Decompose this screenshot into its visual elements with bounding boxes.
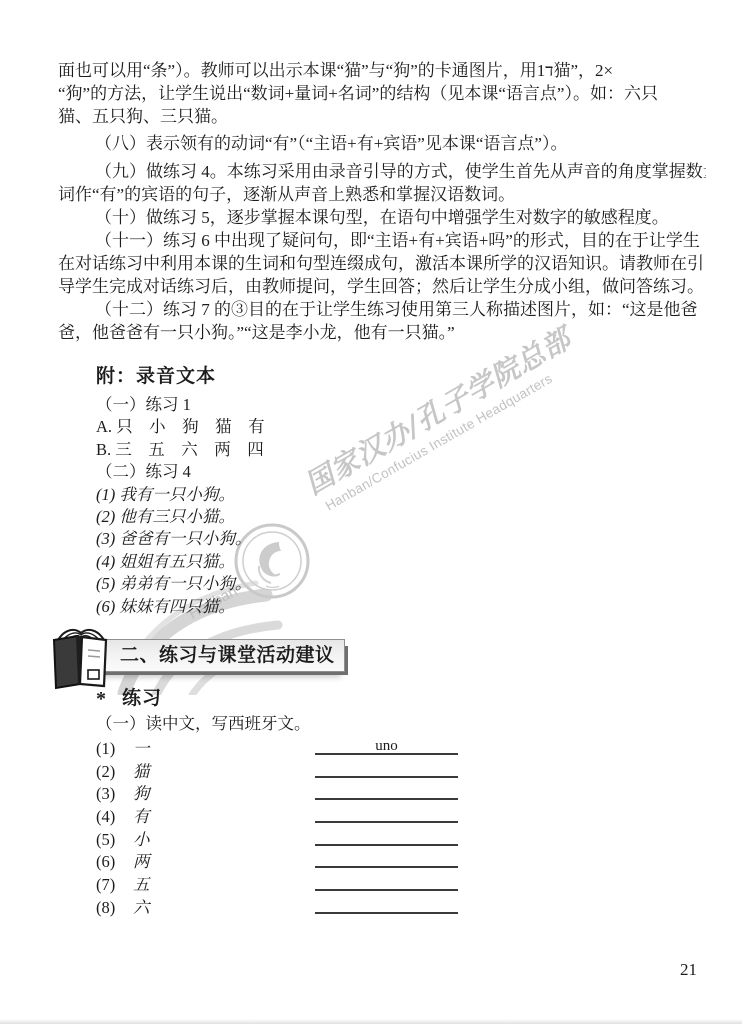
audio-transcript-line: (3) 爸爸有一只小狗。 (96, 528, 556, 550)
answer-blank-line (315, 852, 458, 868)
body-text-line: 面也可以用“条”）。教师可以出示本课“猫”与“狗”的卡通图片，用1ד猫”，2× (58, 59, 706, 82)
body-text-line: （八）表示领有的动词“有”（“主语+有+宾语”见本课“语言点”）。 (58, 132, 706, 155)
body-text-line: 在对话练习中利用本课的生词和句型连缀成句，激活本课所学的汉语知识。请教师在引 (58, 252, 706, 275)
audio-transcript-line: A. 只 小 狗 猫 有 (96, 416, 556, 438)
audio-transcript-line: (2) 他有三只小猫。 (96, 506, 556, 528)
answer-blank-line: uno (315, 739, 458, 755)
exercise-row: (2)猫 (96, 762, 576, 785)
body-text-line: 导学生完成对话练习后，由教师提问，学生回答；然后让学生分成小组，做问答练习。 (58, 275, 706, 298)
exercise-item-number: (2) (96, 762, 133, 782)
exercise-item-number: (3) (96, 784, 133, 804)
answer-blank-line (315, 762, 458, 778)
exercise-row: (7)五 (96, 875, 576, 898)
exercise-item-hanzi: 一 (133, 739, 150, 758)
audio-transcript-line: (1) 我有一只小狗。 (96, 484, 556, 506)
body-text-line: （九）做练习 4。本练习采用由录音引导的方式，使学生首先从声音的角度掌握数量 (58, 160, 706, 183)
asterisk-marker: * (96, 687, 122, 711)
body-text-line: （十一）练习 6 中出现了疑问句，即“主语+有+宾语+吗”的形式，目的在于让学生 (58, 229, 706, 252)
exercise-item-number: (1) (96, 739, 133, 759)
audio-transcript-line: （二）练习 4 (96, 461, 556, 483)
exercise-title: *练习 (96, 687, 576, 713)
answer-blank-line (315, 784, 458, 800)
exercise-row: (8)六 (96, 898, 576, 921)
exercise-item-hanzi: 猫 (133, 762, 150, 781)
audio-transcript-section: 附：录音文本 （一）练习 1 A. 只 小 狗 猫 有 B. 三 五 六 两 四… (96, 364, 556, 618)
exercise-item-hanzi: 狗 (133, 784, 150, 803)
section-banner-title: 二、练习与课堂活动建议 (120, 642, 390, 669)
page-number: 21 (680, 960, 697, 980)
audio-transcript-line: B. 三 五 六 两 四 (96, 439, 556, 461)
exercise-item-number: (5) (96, 830, 133, 850)
exercise-item-hanzi: 六 (133, 898, 150, 917)
exercise-row: (5)小 (96, 830, 576, 853)
body-text-line: 词作“有”的宾语的句子，逐渐从声音上熟悉和掌握汉语数词。 (58, 183, 706, 206)
exercise-item-number: (6) (96, 852, 133, 872)
exercise-item-hanzi: 五 (133, 875, 150, 894)
audio-transcript-line: (5) 弟弟有一只小狗。 (96, 573, 556, 595)
section-banner: 二、练习与课堂活动建议 (44, 624, 394, 694)
exercise-item-number: (4) (96, 807, 133, 827)
exercise-section: *练习 （一）读中文，写西班牙文。 (1)一 uno (2)猫 (3)狗 (96, 687, 576, 921)
audio-transcript-line: (6) 妹妹有四只猫。 (96, 596, 556, 618)
body-text-line: “狗”的方法，让学生说出“数词+量词+名词”的结构（见本课“语言点”）。如：六只 (58, 82, 706, 105)
exercise-instruction: （一）读中文，写西班牙文。 (96, 713, 576, 735)
page-bottom-edge-shadow (0, 1019, 742, 1024)
audio-transcript-lines: （一）练习 1 A. 只 小 狗 猫 有 B. 三 五 六 两 四 （二）练习 … (96, 394, 556, 618)
exercise-row: (4)有 (96, 807, 576, 830)
body-text-line: （十）做练习 5，逐步掌握本课句型，在语句中增强学生对数字的敏感程度。 (58, 206, 706, 229)
audio-transcript-heading: 附：录音文本 (96, 364, 556, 394)
answer-blank-line (315, 830, 458, 846)
audio-transcript-line: (4) 姐姐有五只猫。 (96, 551, 556, 573)
body-text-line: （十二）练习 7 的③目的在于让学生练习使用第三人称描述图片，如：“这是他爸 (58, 298, 706, 321)
body-text-line: 猫、五只狗、三只猫。 (58, 105, 706, 128)
exercise-item-number: (7) (96, 875, 133, 895)
body-text-line: 爸，他爸爸有一只小狗。”“这是李小龙，他有一只猫。” (58, 321, 706, 344)
exercise-item-number: (8) (96, 898, 133, 918)
exercise-row: (3)狗 (96, 784, 576, 807)
exercise-title-label: 练习 (122, 688, 162, 709)
body-text: 面也可以用“条”）。教师可以出示本课“猫”与“狗”的卡通图片，用1ד猫”，2× … (58, 59, 706, 344)
answer-blank-line (315, 875, 458, 891)
exercise-row: (1)一 uno (96, 739, 576, 762)
exercise-row: (6)两 (96, 852, 576, 875)
exercise-item-hanzi: 有 (133, 807, 150, 826)
exercise-item-hanzi: 小 (133, 830, 150, 849)
scanned-document-page: 国家汉办/孔子学院总部 Hanban/Confucius Institute H… (0, 0, 742, 1024)
answer-blank-line (315, 807, 458, 823)
answer-blank-line (315, 898, 458, 914)
exercise-rows: (1)一 uno (2)猫 (3)狗 (4)有 (96, 739, 576, 921)
exercise-item-hanzi: 两 (133, 852, 150, 871)
audio-transcript-line: （一）练习 1 (96, 394, 556, 416)
